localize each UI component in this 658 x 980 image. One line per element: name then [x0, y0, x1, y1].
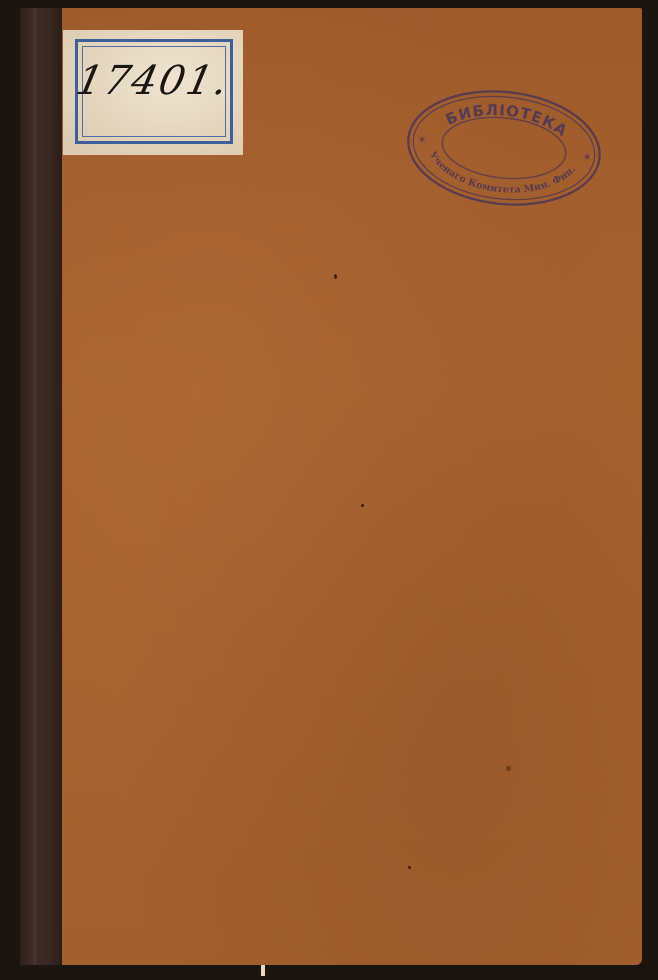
library-stamp: БИБЛІОТЕКА Ученаго Комитета Мин. Фин. ✶ …: [405, 88, 603, 208]
catalog-number: 17401.: [58, 58, 248, 104]
catalog-label: 17401.: [63, 30, 243, 155]
paper-speck: [408, 866, 411, 869]
svg-text:Ученаго Комитета Мин. Фин.: Ученаго Комитета Мин. Фин.: [424, 149, 579, 203]
stamp-ornament-left-icon: ✶: [417, 133, 428, 147]
book-spine: [20, 8, 62, 965]
paper-speck: [506, 766, 511, 771]
book-cover: 17401. БИБЛІОТЕКА Ученаго Комитета Мин. …: [20, 8, 642, 965]
stamp-bottom-text: Ученаго Комитета Мин. Фин.: [424, 149, 579, 203]
paper-speck: [361, 504, 364, 507]
stamp-ornament-right-icon: ✶: [582, 150, 593, 164]
paper-speck: [334, 274, 337, 279]
stamp-oval-icon: БИБЛІОТЕКА Ученаго Комитета Мин. Фин. ✶ …: [405, 88, 603, 208]
page-tab-marker: [261, 965, 265, 976]
